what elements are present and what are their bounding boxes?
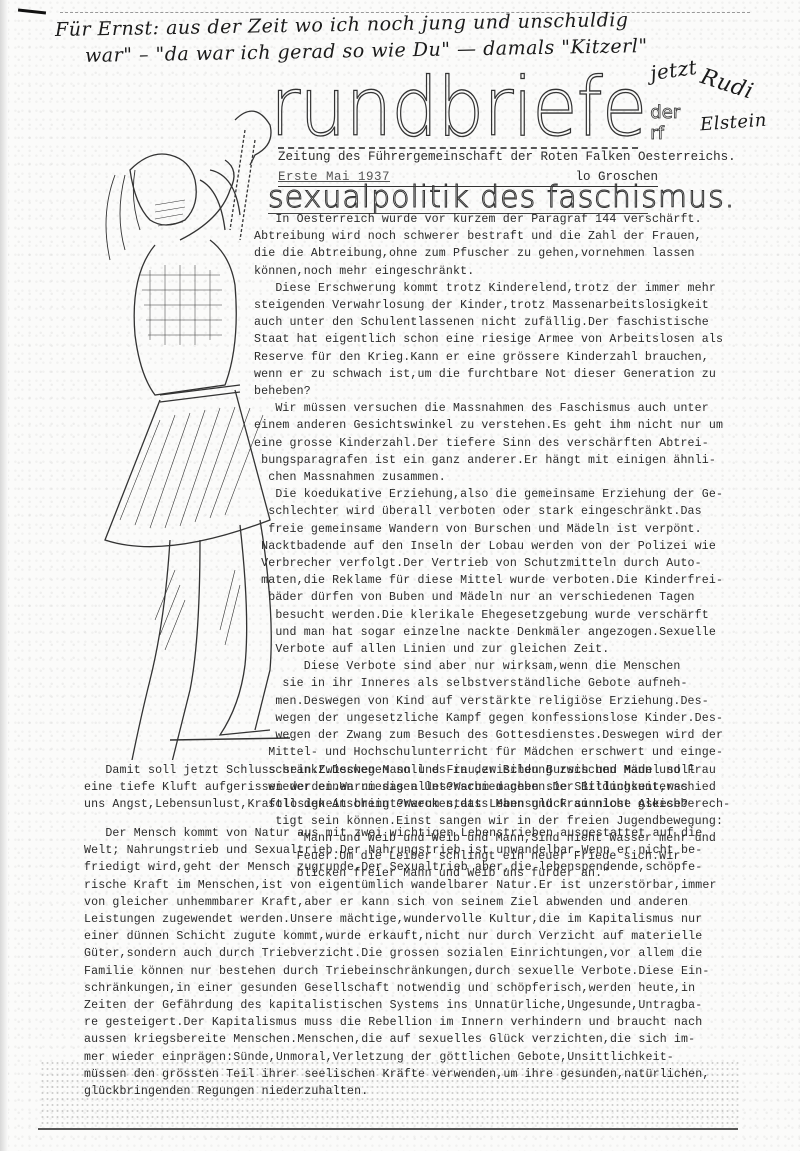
text-line: Nacktbadende auf den Inseln der Lobau we… — [254, 538, 730, 555]
print-speckle — [40, 1060, 740, 1126]
text-line: men.Deswegen von Kind auf verstärkte rel… — [254, 693, 730, 710]
text-line: einer dünnen Schicht zugute kommt,wurde … — [84, 928, 717, 945]
text-line: Verbrecher verfolgt.Der Vertrieb von Sch… — [254, 555, 730, 572]
masthead-title: rundbriefe — [270, 67, 646, 148]
scanned-page: Für Ernst: aus der Zeit wo ich noch jung… — [0, 0, 800, 1151]
masthead-suffix: der rf — [650, 102, 680, 144]
text-line: Staat hat eigentlich schon eine riesige … — [254, 331, 730, 348]
handwritten-signature: Elstein — [699, 110, 767, 136]
bottom-rule — [38, 1128, 738, 1130]
masthead-rule — [278, 147, 638, 149]
text-line: die die Abtreibung,ohne zum Pfuscher zu … — [254, 245, 730, 262]
headline: sexualpolitik des faschismus. — [268, 180, 735, 215]
text-line: Güter,sondern auch durch Triebverzicht.D… — [84, 945, 717, 962]
text-line: und man hat sogar einzelne nackte Denkmä… — [254, 624, 730, 641]
text-line: Wir müssen versuchen die Massnahmen des … — [254, 400, 730, 417]
handwritten-jetzt: jetzt — [649, 55, 699, 85]
text-line: sie in ihr Inneres als selbstverständlic… — [254, 675, 730, 692]
text-line: rische Kraft im Menschen,ist von eigentü… — [84, 877, 717, 894]
text-line: Abtreibung wird noch schwerer bestraft u… — [254, 228, 730, 245]
corner-mark — [18, 9, 46, 15]
text-line: aussen kriegsbereite Menschen.Menschen,d… — [84, 1031, 717, 1048]
page-edge-shadow — [0, 0, 8, 1151]
text-line: wegen der Zwang zum Besuch des Gottesdie… — [254, 727, 730, 744]
text-line: In Oesterreich wurde vor kurzem der Para… — [254, 211, 730, 228]
text-line: Die koedukative Erziehung,also die gemei… — [254, 486, 730, 503]
text-line: maten,die Reklame für diese Mittel wurde… — [254, 572, 730, 589]
text-line: eine tiefe Kluft aufgerissen werden.Waru… — [84, 779, 695, 796]
text-line: einem anderen Gesichtswinkel zu verstehe… — [254, 417, 730, 434]
text-line: wegen der ungesetzliche Kampf gegen konf… — [254, 710, 730, 727]
text-line: wenn er zu schwach ist,um die furchtbare… — [254, 366, 730, 383]
text-line: Mittel- und Hochschulunterricht für Mädc… — [254, 744, 730, 761]
handwritten-rudi: Rudi — [697, 64, 756, 104]
text-line: friedigt wird,geht der Mensch zugrunde.D… — [84, 859, 717, 876]
tagline: Zeitung des Führergemeinschaft der Roten… — [278, 150, 736, 164]
masthead: rundbriefe der rf — [270, 70, 650, 148]
article-paragraph-kluft: Damit soll jetzt Schluss sein.Zwischen M… — [84, 762, 695, 814]
text-line: Welt; Nahrungstrieb und Sexualtrieb.Der … — [84, 842, 717, 859]
text-line: Familie können nur bestehen durch Triebe… — [84, 963, 717, 980]
text-line: chen Massnahmen zusammen. — [254, 469, 730, 486]
text-line: auch unter den Schulentlassenen nicht zu… — [254, 314, 730, 331]
text-line: Zeiten der Gefährdung des kapitalistisch… — [84, 997, 717, 1014]
text-line: Damit soll jetzt Schluss sein.Zwischen M… — [84, 762, 695, 779]
text-line: eine grosse Kinderzahl.Der tiefere Sinn … — [254, 435, 730, 452]
text-line: Diese Verbote sind aber nur wirksam,wenn… — [254, 658, 730, 675]
text-line: Diese Erschwerung kommt trotz Kinderelen… — [254, 280, 730, 297]
text-line: von gleicher unhemmbarer Kraft,aber er k… — [84, 894, 717, 911]
text-line: Reserve für den Krieg.Kann er eine gröss… — [254, 349, 730, 366]
text-line: können,noch mehr eingeschränkt. — [254, 263, 730, 280]
text-line: besucht werden.Die klerikale Ehegesetzge… — [254, 607, 730, 624]
text-line: schlechter wird überall verboten oder st… — [254, 503, 730, 520]
text-line: bäder dürfen von Buben und Mädeln nur an… — [254, 589, 730, 606]
text-line: beheben? — [254, 383, 730, 400]
text-line: Verbote auf allen Linien und zur gleiche… — [254, 641, 730, 658]
text-line: freie gemeinsame Wandern von Burschen un… — [254, 521, 730, 538]
text-line: bungsparagrafen ist ein ganz anderer.Er … — [254, 452, 730, 469]
text-line: schränkungen,in einer gesunden Gesellsch… — [84, 980, 717, 997]
text-line: uns Angst,Lebensunlust,Kraftlosigkeit br… — [84, 796, 695, 813]
text-line: steigenden Verwahrlosung der Kinder,trot… — [254, 297, 730, 314]
article-paragraph-mensch: Der Mensch kommt von Natur aus mit zwei … — [84, 825, 717, 1100]
text-line: Leistungen zugewendet werden.Unsere mäch… — [84, 911, 717, 928]
text-line: re gesteigert.Der Kapitalismus muss die … — [84, 1014, 717, 1031]
text-line: Der Mensch kommt von Natur aus mit zwei … — [84, 825, 717, 842]
